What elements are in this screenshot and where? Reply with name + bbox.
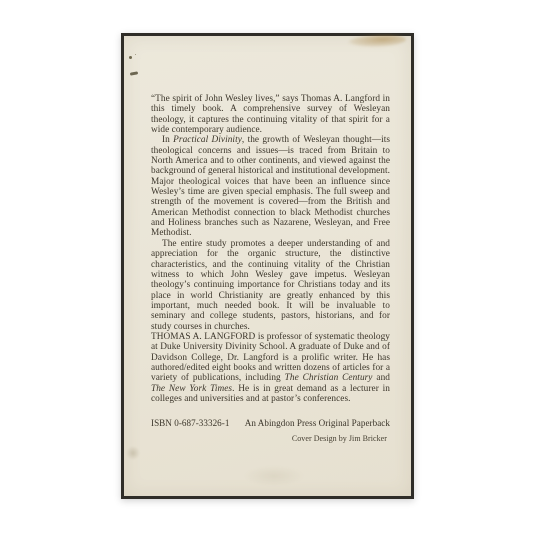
body-text: “The spirit of John Wesley lives,” says …: [151, 94, 390, 135]
body-text: The entire study promotes a deeper under…: [151, 239, 390, 332]
smudge-mark: [244, 466, 304, 486]
publisher-text: An Abingdon Press Original Paperback: [245, 418, 390, 428]
cover-design-credit: Cover Design by Jim Bricker: [151, 434, 390, 444]
italic-title-text: Practical Divinity: [173, 135, 242, 145]
blurb-paragraphs: “The spirit of John Wesley lives,” says …: [151, 94, 390, 332]
italic-title-text: The New York Times: [151, 384, 232, 394]
stain-mark: [348, 33, 407, 48]
isbn-text: ISBN 0-687-33326-1: [151, 418, 229, 428]
blurb-paragraph: The entire study promotes a deeper under…: [151, 239, 390, 332]
ink-speck: [130, 71, 138, 75]
body-text: In: [162, 135, 173, 145]
ink-speck: [129, 56, 132, 59]
book-back-cover: “The spirit of John Wesley lives,” says …: [121, 33, 414, 499]
author-bio: THOMAS A. LANGFORD is professor of syste…: [151, 332, 390, 404]
book-photo: “The spirit of John Wesley lives,” says …: [0, 0, 533, 533]
isbn-row: ISBN 0-687-33326-1 An Abingdon Press Ori…: [151, 418, 390, 428]
blurb-text: “The spirit of John Wesley lives,” says …: [151, 94, 390, 444]
blurb-paragraph: In Practical Divinity, the growth of Wes…: [151, 135, 390, 238]
smudge-mark: [126, 446, 140, 460]
body-text: , the growth of Wesleyan thought—its the…: [151, 135, 390, 238]
italic-title-text: The Christian Century: [285, 373, 373, 383]
blurb-paragraph: “The spirit of John Wesley lives,” says …: [151, 94, 390, 135]
body-text: and: [373, 373, 391, 383]
